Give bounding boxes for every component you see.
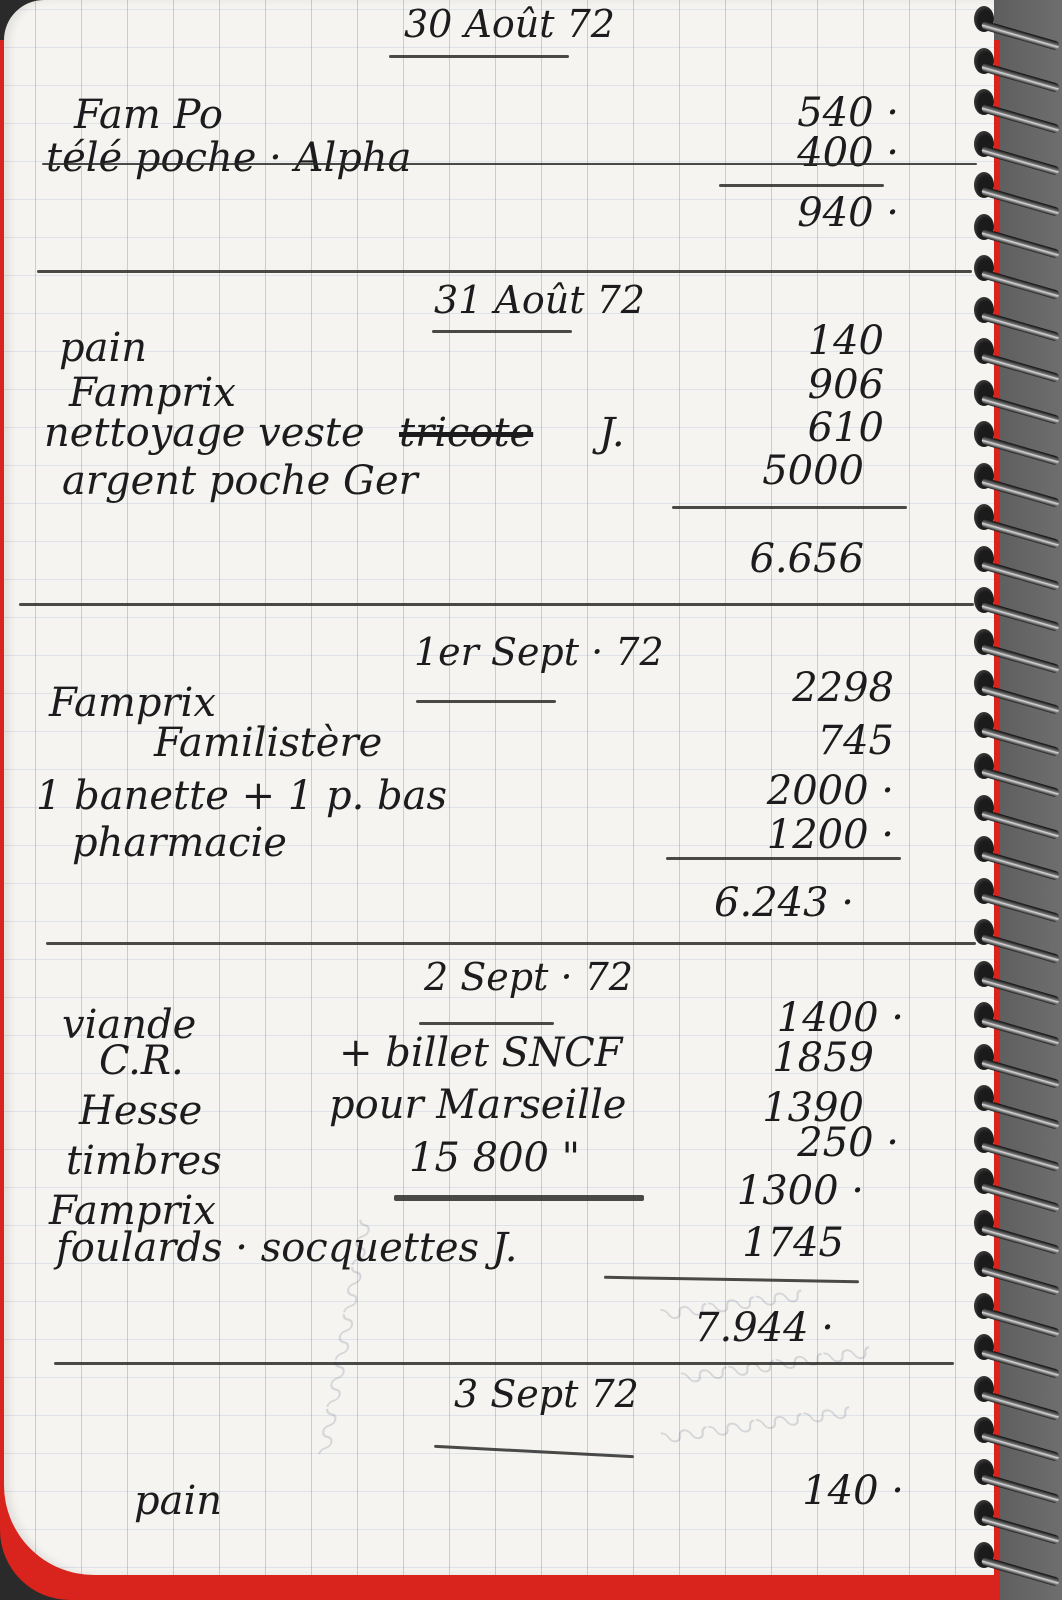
spiral-binding xyxy=(972,0,1062,1600)
entry-total: 940 · xyxy=(669,190,899,236)
spiral-coil xyxy=(981,1390,1060,1421)
spiral-coil xyxy=(981,1016,1060,1047)
notebook-page: 〰〰〰 〰〰〰〰 〰〰〰〰 〰〰〰〰〰 30 Août 72 Fam Po 54… xyxy=(4,0,994,1575)
spiral-coil xyxy=(981,601,1060,632)
date-underline xyxy=(434,1445,634,1458)
item-suffix: J. xyxy=(599,410,625,456)
item-label: timbres xyxy=(66,1138,222,1184)
section-divider xyxy=(46,942,976,945)
item-amount: 610 xyxy=(684,405,884,451)
item-amount: 1300 · xyxy=(664,1168,864,1214)
sum-rule xyxy=(604,1276,859,1283)
spiral-coil xyxy=(981,1431,1060,1462)
spiral-coil xyxy=(981,518,1060,549)
entry-total: 7.944 · xyxy=(604,1305,834,1351)
sum-rule xyxy=(666,857,901,860)
entry-date: 31 Août 72 xyxy=(434,278,645,322)
section-divider xyxy=(19,603,974,606)
side-note-amount: 15 800 " xyxy=(409,1135,580,1181)
item-label: pain xyxy=(59,325,147,371)
item-label: Hesse xyxy=(79,1088,202,1134)
entry-date: 3 Sept 72 xyxy=(454,1372,639,1416)
date-underline xyxy=(389,55,569,58)
item-amount: 1745 xyxy=(644,1220,844,1266)
spiral-coil xyxy=(981,933,1060,964)
spiral-coil xyxy=(981,269,1060,300)
side-note-line: + billet SNCF xyxy=(339,1030,622,1076)
spiral-coil xyxy=(981,435,1060,466)
spiral-coil xyxy=(981,1141,1060,1172)
spiral-coil xyxy=(981,311,1060,342)
date-underline xyxy=(432,330,572,333)
item-amount: 1200 · xyxy=(694,812,894,858)
item-label: argent poche Ger xyxy=(62,458,418,504)
spiral-coil xyxy=(981,1514,1060,1545)
spiral-coil xyxy=(981,767,1060,798)
item-label: Fam Po xyxy=(74,92,223,138)
item-amount: 5000 xyxy=(664,448,864,494)
item-label: pain xyxy=(134,1478,222,1524)
entry-total: 6.656 xyxy=(634,536,864,582)
side-note-underline xyxy=(394,1195,644,1201)
item-amount: 745 xyxy=(694,718,894,764)
item-label: C.R. xyxy=(99,1038,184,1084)
spiral-coil xyxy=(981,145,1060,176)
spiral-coil xyxy=(981,477,1060,508)
spiral-coil xyxy=(981,726,1060,757)
item-label: 1 banette + 1 p. bas xyxy=(36,773,447,819)
sum-rule xyxy=(672,506,907,509)
entry-date: 2 Sept · 72 xyxy=(424,955,633,999)
spiral-coil xyxy=(981,186,1060,217)
spiral-coil xyxy=(981,1556,1060,1587)
bleed-through-marks: 〰〰〰〰 xyxy=(660,1377,859,1469)
spiral-coil xyxy=(981,809,1060,840)
side-note-line: pour Marseille xyxy=(329,1082,626,1128)
entry-date: 1er Sept · 72 xyxy=(414,630,664,674)
section-divider xyxy=(37,270,972,273)
item-amount: 250 · xyxy=(699,1120,899,1166)
spiral-coil xyxy=(981,352,1060,383)
spiral-coil xyxy=(981,975,1060,1006)
spiral-coil xyxy=(981,850,1060,881)
date-underline xyxy=(419,1022,554,1025)
spiral-coil xyxy=(981,1307,1060,1338)
item-label: télé poche · Alpha xyxy=(46,135,412,181)
spiral-coil xyxy=(981,394,1060,425)
date-underline xyxy=(416,700,556,703)
spiral-coil xyxy=(981,103,1060,134)
item-amount: 140 xyxy=(684,318,884,364)
item-label: pharmacie xyxy=(72,820,287,866)
item-amount: 2000 · xyxy=(694,768,894,814)
strike-line xyxy=(42,163,977,165)
item-amount: 906 xyxy=(684,362,884,408)
spiral-coil xyxy=(981,560,1060,591)
item-amount: 1859 xyxy=(674,1035,874,1081)
item-amount: 400 · xyxy=(699,130,899,176)
spiral-coil xyxy=(981,1348,1060,1379)
spiral-coil xyxy=(981,1182,1060,1213)
item-amount: 140 · xyxy=(704,1468,904,1514)
item-label: Familistère xyxy=(154,720,382,766)
spiral-coil xyxy=(981,20,1060,51)
spiral-coil xyxy=(981,1058,1060,1089)
spiral-coil xyxy=(981,1224,1060,1255)
item-label: nettoyage veste xyxy=(44,410,365,456)
spiral-coil xyxy=(981,62,1060,93)
section-divider xyxy=(54,1362,954,1365)
spiral-coil xyxy=(981,1265,1060,1296)
spiral-coil xyxy=(981,684,1060,715)
spiral-coil xyxy=(981,1099,1060,1130)
spiral-coil xyxy=(981,228,1060,259)
entry-date: 30 Août 72 xyxy=(404,2,615,46)
spiral-coil xyxy=(981,892,1060,923)
sum-rule xyxy=(719,184,884,187)
spiral-coil xyxy=(981,643,1060,674)
struck-word: tricote xyxy=(399,410,533,456)
item-label: foulards · socquettes J. xyxy=(56,1225,517,1271)
entry-total: 6.243 · xyxy=(624,880,854,926)
spiral-coil xyxy=(981,1473,1060,1504)
item-amount: 2298 xyxy=(694,665,894,711)
